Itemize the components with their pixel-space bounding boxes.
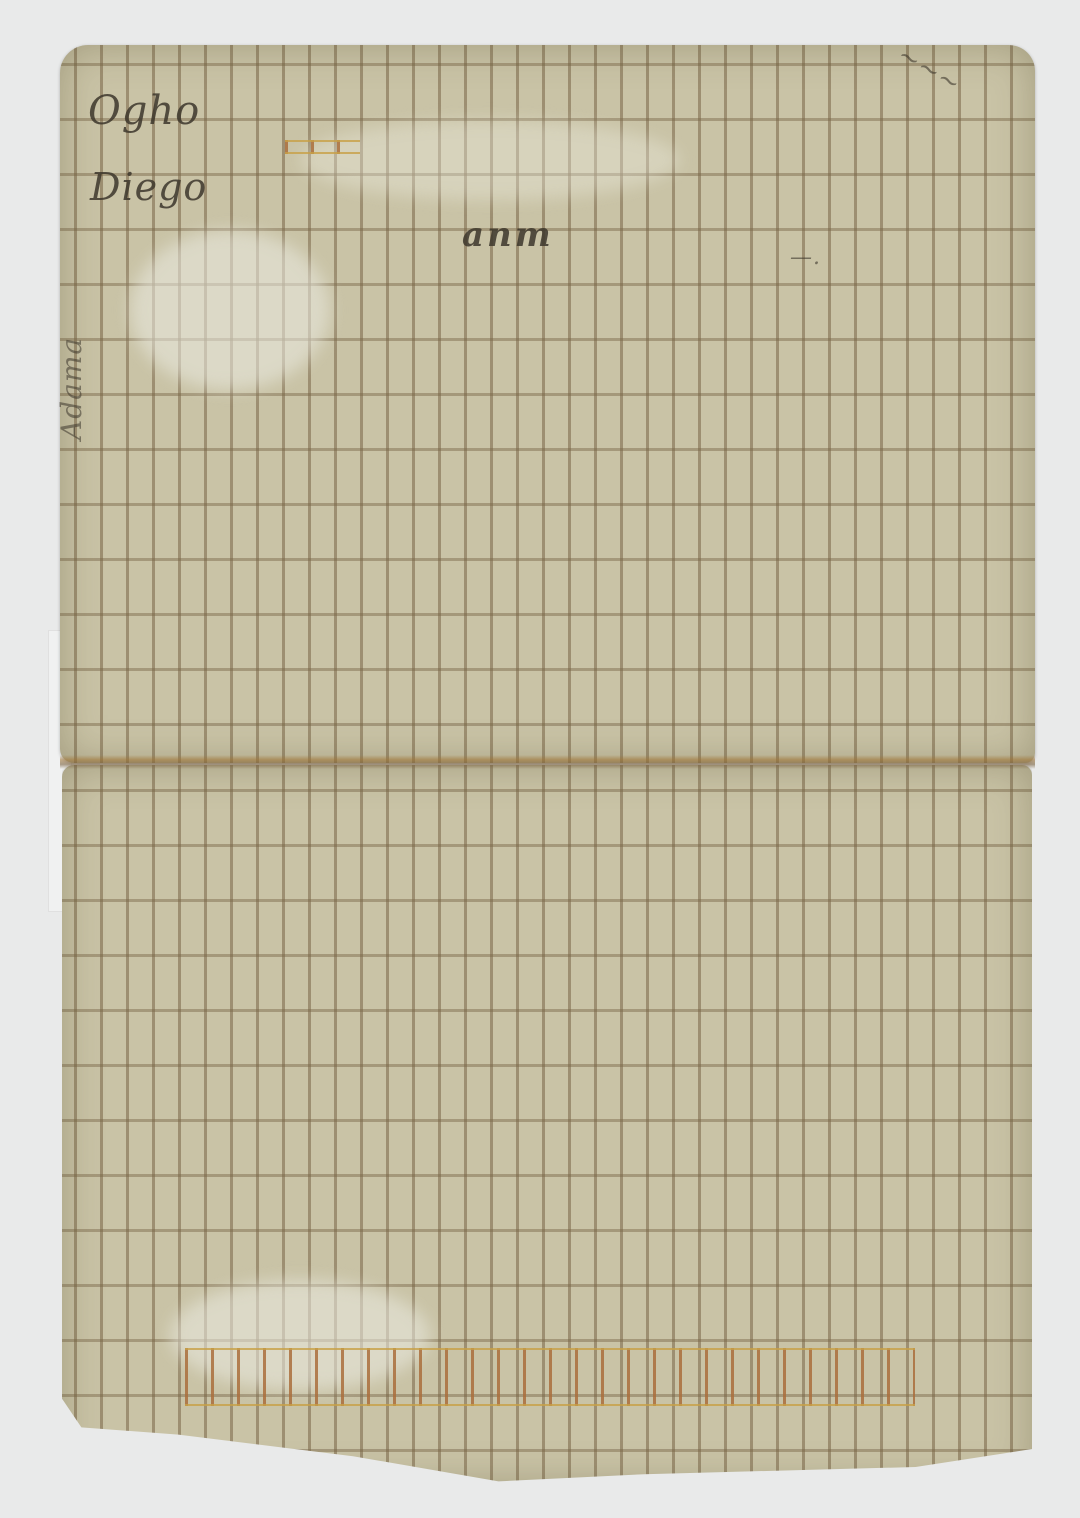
handwriting-diego: Diego — [90, 165, 207, 209]
orange-ruled-band — [285, 140, 360, 154]
water-stain — [300, 120, 680, 200]
handwriting-margin-vertical: Adama — [55, 337, 88, 440]
handwriting-anm: anm — [462, 215, 554, 255]
orange-ruled-band — [185, 1348, 915, 1406]
fold-crease — [60, 755, 1035, 769]
water-stain — [130, 230, 330, 390]
handwriting-ogho: Ogho — [88, 88, 200, 134]
ink-dash-mark: —. — [790, 245, 821, 270]
